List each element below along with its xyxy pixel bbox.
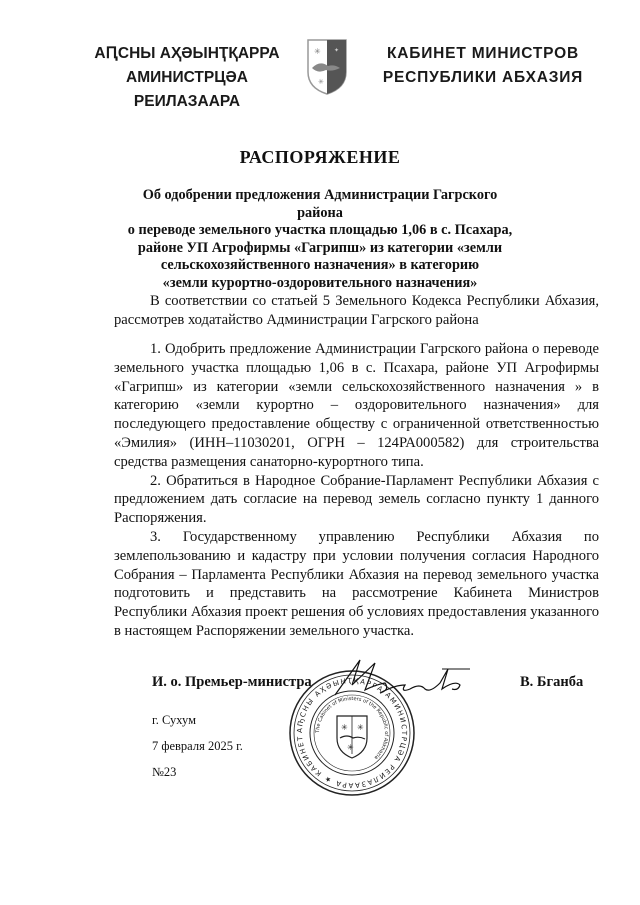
svg-text:✦: ✦ (334, 47, 339, 54)
document-city: г. Сухум (152, 713, 196, 728)
header-abkhaz-line1: АԤСНЫ АҲӘЫНҬҚАРРА (82, 42, 292, 66)
handwritten-signature-icon (330, 655, 510, 705)
header-russian-line1: КАБИНЕТ МИНИСТРОВ (378, 42, 588, 66)
subject-line: «земли курортно-оздоровительного назначе… (120, 275, 520, 293)
document-subject: Об одобрении предложения Администрации Г… (120, 187, 520, 293)
order-items: 1. Одобрить предложение Администрации Га… (114, 340, 599, 641)
document-title: РАСПОРЯЖЕНИЕ (0, 147, 640, 168)
order-item-1: 1. Одобрить предложение Администрации Га… (114, 340, 599, 472)
document-number: №23 (152, 765, 176, 780)
svg-text:✳: ✳ (357, 723, 364, 732)
order-item-2: 2. Обратиться в Народное Собрание-Парлам… (114, 472, 599, 528)
header-russian: КАБИНЕТ МИНИСТРОВ РЕСПУБЛИКИ АБХАЗИЯ (378, 42, 588, 90)
header-russian-line2: РЕСПУБЛИКИ АБХАЗИЯ (378, 66, 588, 90)
preamble-text: В соответствии со статьей 5 Земельного К… (114, 292, 599, 330)
svg-text:✳: ✳ (314, 47, 321, 56)
header-abkhaz: АԤСНЫ АҲӘЫНҬҚАРРА АМИНИСТРЦӘА РЕИЛАЗААРА (82, 42, 292, 114)
svg-text:✳: ✳ (347, 743, 354, 752)
order-item-3: 3. Государственному управлению Республик… (114, 528, 599, 641)
signatory-name: В. Бганба (520, 674, 583, 691)
subject-line: районе УП Агрофирмы «Гагрипш» из категор… (120, 240, 520, 258)
document-date: 7 февраля 2025 г. (152, 739, 243, 754)
header-abkhaz-line2: АМИНИСТРЦӘА РЕИЛАЗААРА (82, 66, 292, 114)
svg-text:✳: ✳ (341, 723, 348, 732)
subject-line: о переводе земельного участка площадью 1… (120, 222, 520, 240)
coat-of-arms-icon: ✳ ✦ ✳ (306, 38, 348, 96)
svg-text:✳: ✳ (318, 78, 324, 86)
preamble: В соответствии со статьей 5 Земельного К… (114, 292, 599, 330)
subject-line: Об одобрении предложения Администрации Г… (120, 187, 520, 222)
subject-line: сельскохозяйственного назначения» в кате… (120, 257, 520, 275)
